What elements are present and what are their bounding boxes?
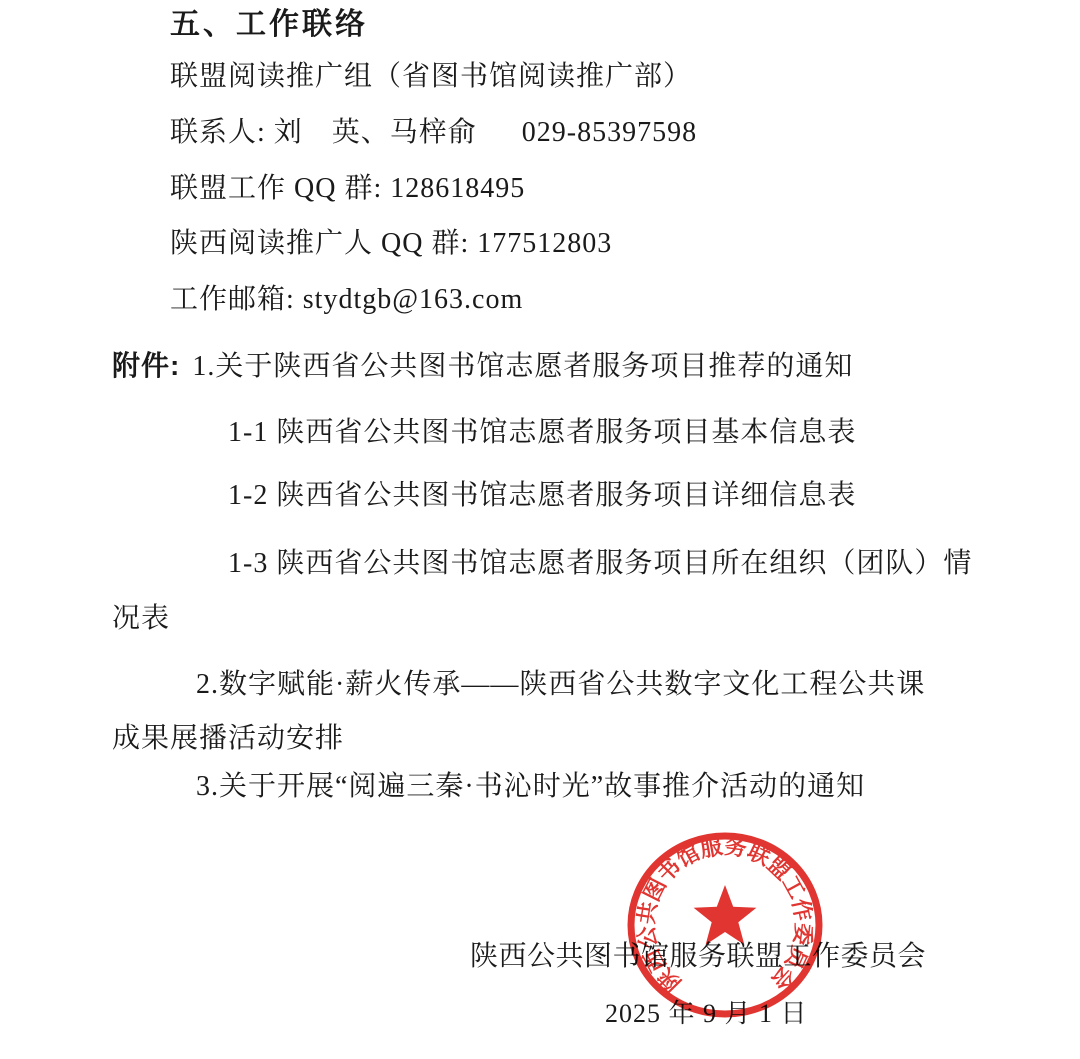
attachment-item-3: 3.关于开展“阅遍三秦·书沁时光”故事推介活动的通知 (196, 772, 865, 803)
attachment-item-1-2: 1-2 陕西省公共图书馆志愿者服务项目详细信息表 (228, 481, 856, 512)
contact-qq-group-line: 联盟工作 QQ 群: 128618495 (170, 174, 525, 205)
contact-reader-qq-group-line: 陕西阅读推广人 QQ 群: 177512803 (170, 229, 612, 260)
attachment-item-1: 1.关于陕西省公共图书馆志愿者服务项目推荐的通知 (192, 351, 853, 382)
contact-email-line: 工作邮箱: stydtgb@163.com (170, 285, 523, 316)
contact-group-line: 联盟阅读推广组（省图书馆阅读推广部） (170, 62, 692, 93)
attachments-label: 附件: (112, 350, 180, 381)
attachment-item-2: 2.数字赋能·薪火传承——陕西省公共数字文化工程公共课 (196, 670, 925, 701)
attachment-item-1-1: 1-1 陕西省公共图书馆志愿者服务项目基本信息表 (228, 418, 856, 449)
document-page: 五、工作联络 联盟阅读推广组（省图书馆阅读推广部） 联系人: 刘 英、马梓俞 0… (0, 0, 1080, 1059)
attachment-item-2-continuation: 成果展播活动安排 (112, 724, 344, 755)
section-heading: 五、工作联络 (170, 8, 368, 41)
star-icon (694, 885, 757, 945)
contact-persons-line: 联系人: 刘 英、马梓俞 029-85397598 (170, 118, 697, 149)
attachments-line: 附件:1.关于陕西省公共图书馆志愿者服务项目推荐的通知 (112, 351, 853, 383)
attachment-item-1-3-continuation: 况表 (112, 604, 170, 635)
official-seal: 陕西公共图书馆服务联盟工作委员会 (595, 818, 855, 1028)
attachment-item-1-3: 1-3 陕西省公共图书馆志愿者服务项目所在组织（团队）情 (228, 549, 972, 580)
